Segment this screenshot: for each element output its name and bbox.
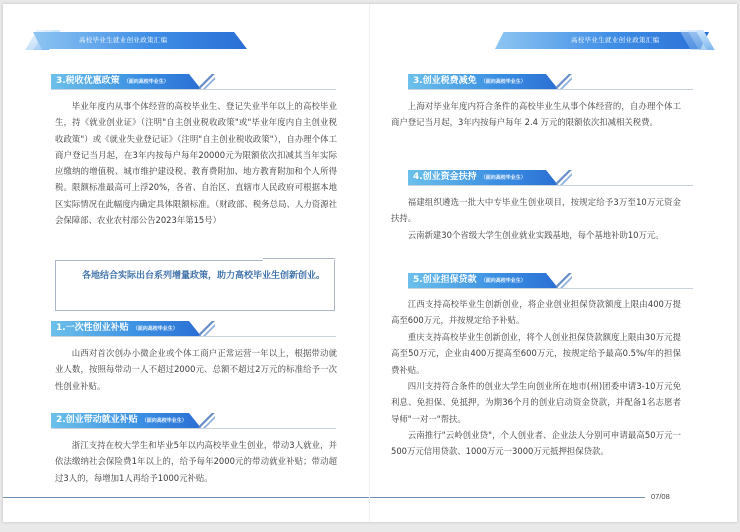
footer-rule [3, 497, 370, 498]
section-audience-tag: （面向高校毕业生） [481, 175, 526, 181]
paragraph-yunnan-base: 云南新建30个省级大学生创业就业实践基地，每个基地补助10万元。 [391, 227, 681, 243]
heading-slash-decoration [199, 413, 215, 428]
paragraph-yunnan-loan: 云南推行"云岭创业贷"，个人创业者、企业法人分别可申请最高50万元一500万元信… [391, 427, 681, 460]
paragraph-shanghai-tax: 上海对毕业年度内符合条件的高校毕业生从事个体经营的，自办理个体工商户登记当月起，… [391, 98, 681, 131]
right-page: 高校毕业生就业创业政策汇编 3.创业税费减免（面向高校毕业生） 上海对毕业年度内… [370, 4, 737, 522]
section-audience-tag: （面向高校毕业生） [481, 79, 526, 85]
booklet-spread: 高校毕业生就业创业政策汇编 3.税收优惠政策（面向高校毕业生） 毕业年度内从事个… [3, 4, 737, 522]
paragraph-jiangxi-loan: 江西支持高校毕业生创新创业，将企业创业担保贷款额度上限由400万提高至600万元… [391, 296, 681, 329]
header-stripes-decoration [683, 30, 709, 50]
section-heading-one-time-subsidy: 1.一次性创业补贴（面向高校毕业生） [51, 321, 336, 337]
page-number: 07/08 [651, 492, 670, 501]
paragraph-shanxi-subsidy: 山西对首次创办小微企业或个体工商户正常运营一年以上，根据带动就业人数，按照每带动… [55, 345, 337, 394]
heading-slash-decoration [199, 74, 215, 89]
section-heading-guaranteed-loan: 5.创业担保贷款（面向高校毕业生） [408, 273, 693, 289]
left-page: 高校毕业生就业创业政策汇编 3.税收优惠政策（面向高校毕业生） 毕业年度内从事个… [3, 4, 370, 522]
section-title: 3.创业税费减免 [413, 76, 477, 86]
section-title: 2.创业带动就业补贴 [56, 415, 138, 425]
section-title: 4.创业资金扶持 [413, 172, 477, 182]
heading-slash-decoration [199, 321, 215, 336]
paragraph-sichuan-loan: 四川支持符合条件的创业大学生向创业所在地市(州)团委申请3-10万元免利息、免担… [391, 378, 681, 427]
running-header-banner: 高校毕业生就业创业政策汇编 [495, 32, 709, 49]
section-audience-tag: （面向高校毕业生） [133, 326, 178, 332]
section-title: 3.税收优惠政策 [56, 76, 120, 86]
section-title: 5.创业担保贷款 [413, 275, 477, 285]
section-title: 1.一次性创业补贴 [56, 323, 129, 333]
section-audience-tag: （面向高校毕业生） [481, 278, 526, 284]
paragraph-zhejiang-subsidy: 浙江支持在校大学生和毕业5年以内高校毕业生创业，带动3人就业，并依法缴纳社会保险… [55, 437, 337, 486]
running-header-banner: 高校毕业生就业创业政策汇编 [33, 32, 247, 49]
heading-slash-decoration [556, 273, 572, 288]
section-heading-tax-exemption: 3.创业税费减免（面向高校毕业生） [408, 74, 693, 90]
section-audience-tag: （面向高校毕业生） [124, 79, 169, 85]
heading-slash-decoration [556, 170, 572, 185]
paragraph-chongqing-loan: 重庆支持高校毕业生创新创业，将个人创业担保贷款额度上限由30万元提高至50万元，… [391, 329, 681, 378]
heading-slash-decoration [556, 74, 572, 89]
paragraph-fujian-funding: 福建组织遴选一批大中专毕业生创业项目，按规定给予3万至10万元资金扶持。 [391, 194, 681, 227]
section-heading-funding-support: 4.创业资金扶持（面向高校毕业生） [408, 170, 693, 186]
section-heading-tax-preference: 3.税收优惠政策（面向高校毕业生） [51, 74, 336, 90]
paragraph-tax-preference: 毕业年度内从事个体经营的高校毕业生、登记失业半年以上的高校毕业生，持《就业创业证… [55, 98, 337, 228]
section-audience-tag: （面向高校毕业生） [142, 418, 187, 424]
footer-rule [370, 497, 645, 498]
section-heading-employment-subsidy: 2.创业带动就业补贴（面向高校毕业生） [51, 413, 336, 429]
callout-box: 各地结合实际出台系列增量政策，助力高校毕业生创新创业。 [55, 260, 335, 311]
